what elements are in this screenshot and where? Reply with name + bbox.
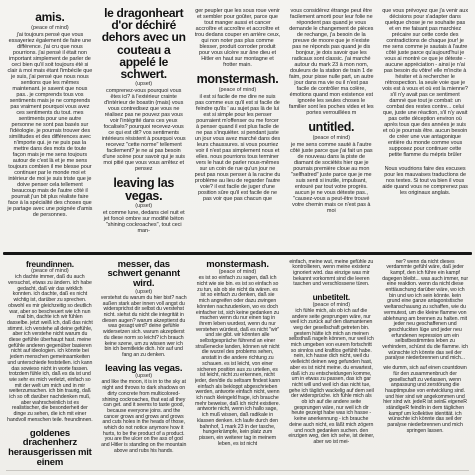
german-column-3: monstermash. (peace of mind) es ist so e… [195, 259, 281, 475]
lyrics-body: et comme lune, dedans ciel nuit et jet f… [101, 210, 187, 234]
zine-page: amis. (peace of mind) j'ai toujours pens… [0, 0, 475, 475]
mood-label: (upset) [101, 203, 187, 209]
song-title-goldenes-drachenherz-part1: goldenes drachenherz herausgerissen mit … [7, 429, 93, 468]
mood-label: (peace of mind) [288, 135, 374, 141]
french-lyrics-section: amis. (peace of mind) j'ai toujours pens… [0, 0, 475, 250]
lyrics-body: comprenez-vous pourquoi vous êtes ici? à… [101, 88, 187, 172]
song-title-monstermash-de: monstermash. [195, 260, 281, 270]
song-title-monstermash-fr: monstermash. [195, 73, 281, 86]
song-title-freundinnen: freundinnen. [7, 260, 93, 269]
mood-label: (upset) [101, 81, 187, 87]
french-column-2: le dragonheart d'or déchiré dehors avec … [101, 7, 187, 250]
song-title-untitled-fr: untitled. [288, 121, 374, 134]
mood-label: (peace of mind) [195, 87, 281, 93]
lyrics-body: j'ai toujours pensé que vous essayeriez … [7, 32, 93, 218]
german-column-1: freundinnen. (peace of mind) ich dachte … [7, 259, 93, 475]
lyrics-body: ich fühle mich, als ob ich auf die ander… [288, 309, 374, 446]
translation-apology-note: Nous voudrions faire des excuses pour le… [382, 166, 468, 196]
french-column-3: ger peupler que les sous roue venir et s… [195, 7, 281, 250]
lyrics-body-continued: einfach, meine wut, meine gefühle zu kon… [288, 260, 374, 289]
song-title-leaving-las-vegas-fr: leaving las vegas. [101, 177, 187, 202]
song-title-goldenes-drachenherz-part2: messer, das schwert genannt wird. [101, 260, 187, 289]
lyrics-body-continued: que vous prévoyez que j'a venir aux déci… [382, 8, 468, 158]
french-column-4: vous considérez étrange peut être facile… [288, 7, 374, 250]
lyrics-body: il est si facile de me dire ne suis pas … [195, 94, 281, 202]
mood-label: (peace of mind) [7, 25, 93, 31]
lyrics-body: je me sens comme sauté à l'autre côté ju… [288, 142, 374, 214]
song-title-leaving-las-vegas-de: leaving las vegas. [101, 364, 187, 374]
lyrics-body: wie dumm, sich auf einen countdown für d… [382, 366, 468, 434]
lyrics-body: es ist so einfach zu sagen, daß ich nich… [195, 276, 281, 447]
french-column-1: amis. (peace of mind) j'ai toujours pens… [7, 7, 93, 250]
song-title-amis: amis. [7, 10, 93, 24]
song-title-dragonheart: le dragonheart d'or déchiré dehors avec … [101, 7, 187, 80]
french-column-5: que vous prévoyez que j'a venir aux déci… [382, 7, 468, 250]
lyrics-body-continued: ger peupler que les sous roue venir et s… [195, 8, 281, 68]
page-bottom-rule [6, 470, 469, 471]
lyrics-body: verstehst du warum du hier bist? nach au… [101, 296, 187, 359]
lyrics-body: and like the moon, it is in to the sky a… [101, 380, 187, 454]
mood-label: (peace of mind) [288, 302, 374, 308]
song-title-unbetitelt: unbetitelt. [288, 293, 374, 302]
lyrics-body-continued: ner? wenn da nicht dieses verdammte gefü… [382, 260, 468, 363]
lyrics-body: ich dachte immer, daß du auch versuchst,… [7, 275, 93, 423]
german-lyrics-section: freundinnen. (peace of mind) ich dachte … [0, 255, 475, 475]
german-column-5: ner? wenn da nicht dieses verdammte gefü… [382, 259, 468, 475]
german-column-4: einfach, meine wut, meine gefühle zu kon… [288, 259, 374, 475]
lyrics-body-continued: vous considérez étrange peut être facile… [288, 8, 374, 116]
mood-label: (upset) [101, 289, 187, 295]
german-column-2: messer, das schwert genannt wird. (upset… [101, 259, 187, 475]
